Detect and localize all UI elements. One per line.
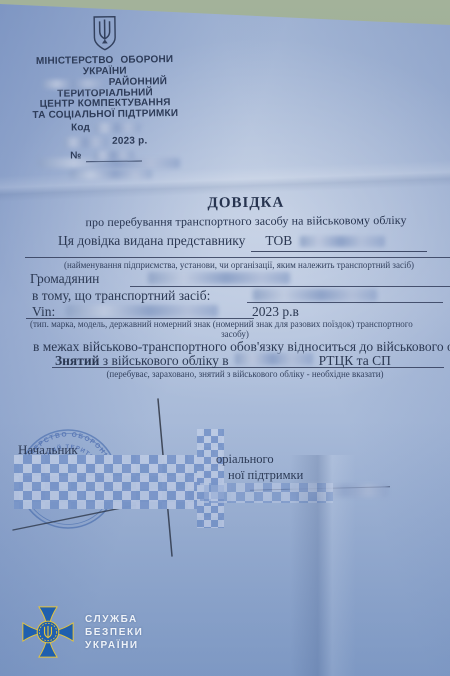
code-label: Код: [71, 123, 90, 134]
date-year: 2023 р.: [112, 136, 147, 147]
issued-to-row: Ця довідка видана представникуТОВ: [58, 233, 427, 252]
sbu-cross-icon: [22, 606, 74, 658]
status-middle: з військового обліку в: [103, 353, 229, 368]
document-title: ДОВІДКА: [40, 194, 450, 214]
document-photo: МІНІСТЕРСТВО ОБОРОНИ УКРАЇНИ РАЙОННИЙ ТЕ…: [0, 0, 450, 676]
issued-to-label: Ця довідка видана представнику: [58, 233, 245, 248]
vehicle-label: в тому, що транспортний засіб:: [32, 288, 210, 303]
pixelated-redaction-column: [197, 429, 224, 528]
sbu-name-line3: УКРАЇНИ: [85, 639, 143, 652]
redacted-number-value: [94, 151, 134, 161]
code-line: Код: [26, 122, 184, 135]
sbu-watermark: СЛУЖБА БЕЗПЕКИ УКРАЇНИ: [22, 606, 143, 658]
signature-fragment-2: ної підтримки: [228, 468, 303, 483]
signatory-title: Начальник: [18, 442, 78, 458]
status-note: (перебуває, зараховано, знятий з військо…: [40, 369, 450, 379]
title-block: ДОВІДКА про перебування транспортного за…: [40, 194, 450, 231]
status-underline: [52, 367, 444, 368]
sbu-name-line1: СЛУЖБА: [85, 613, 143, 626]
vehicle-underline: [247, 302, 443, 303]
issued-note: (найменування підприємства, установи, чи…: [28, 260, 450, 270]
redacted-vehicle-value: [253, 289, 377, 301]
signature-fragment-1: оріального: [216, 452, 274, 467]
redacted-code-value: [94, 123, 140, 134]
citizen-label: Громадянин: [30, 271, 99, 286]
number-line: №: [27, 150, 185, 163]
vehicle-note-line1: (тип. марка, модель, державний номерний …: [30, 319, 450, 329]
pixelated-redaction-main: [14, 455, 222, 509]
redacted-company-name: [300, 236, 385, 247]
citizen-underline: [130, 286, 450, 287]
pixelated-redaction-lower: [200, 483, 333, 503]
redacted-vin-value: [66, 305, 218, 317]
vehicle-note-line2: засобу): [30, 329, 440, 339]
trident-shield-icon: [90, 15, 118, 52]
document-subtitle: про перебування транспортного засобу на …: [40, 213, 450, 231]
letterhead: МІНІСТЕРСТВО ОБОРОНИ УКРАЇНИ РАЙОННИЙ ТЕ…: [25, 14, 185, 163]
citizen-row: Громадянин: [30, 271, 99, 287]
vin-year: 2023 р.в: [252, 304, 299, 320]
vehicle-row: в тому, що транспортний засіб:: [32, 288, 210, 304]
support-line: ТА СОЦІАЛЬНОЇ ПІДТРИМКИ: [26, 108, 184, 121]
rule-line: [25, 257, 450, 258]
status-bold: Знятий: [55, 353, 99, 368]
vin-label: Vin:: [32, 304, 55, 319]
redacted-district-name: [43, 79, 105, 89]
sbu-name-line2: БЕЗПЕКИ: [85, 626, 143, 639]
number-label: №: [70, 152, 82, 163]
status-suffix: РТЦК та СП: [319, 353, 391, 368]
redacted-rtck-name: [235, 353, 313, 365]
redacted-date-value: [64, 137, 108, 148]
date-line: 2023 р.: [27, 135, 185, 148]
issued-to-value: ТОВ: [251, 233, 427, 252]
redacted-citizen-name: [148, 272, 290, 284]
company-prefix: ТОВ: [265, 233, 292, 249]
sbu-name: СЛУЖБА БЕЗПЕКИ УКРАЇНИ: [85, 613, 143, 652]
number-underline: [86, 150, 142, 162]
redacted-address-line2: [70, 170, 152, 179]
paper-document: МІНІСТЕРСТВО ОБОРОНИ УКРАЇНИ РАЙОННИЙ ТЕ…: [0, 0, 450, 676]
